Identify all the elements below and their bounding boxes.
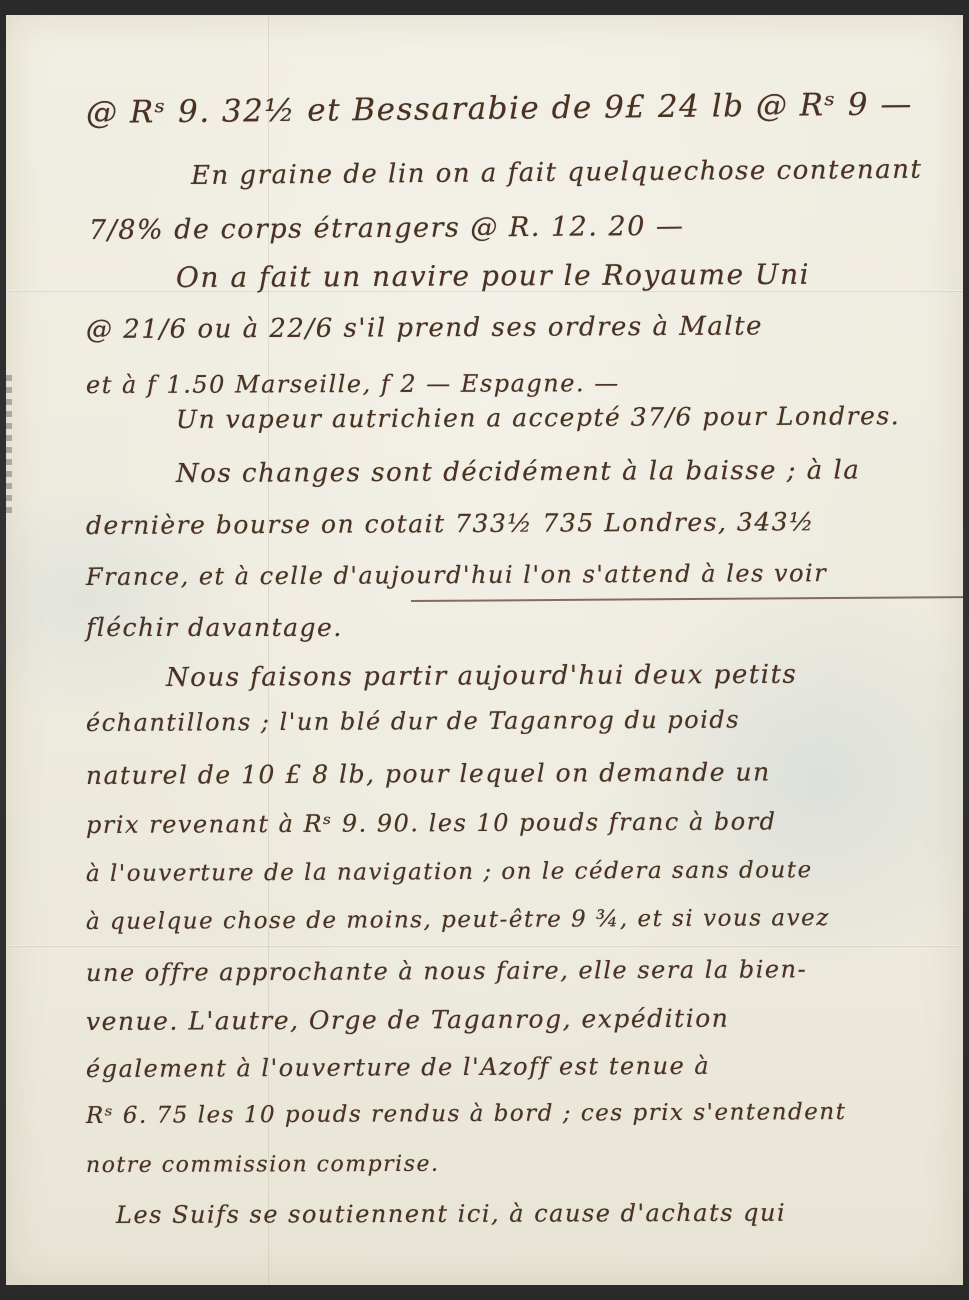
letter-line-17: à quelque chose de moins, peut-être 9 ¾,… <box>86 905 830 935</box>
fold-line <box>6 945 963 947</box>
underline-stroke <box>411 596 963 601</box>
scan-frame: @ Rˢ 9. 32½ et Bessarabie de 9£ 24 lb @ … <box>0 0 969 1300</box>
letter-line-12: Nous faisons partir aujourd'hui deux pet… <box>166 660 798 693</box>
letter-line-21: Rˢ 6. 75 les 10 pouds rendus à bord ; ce… <box>86 1099 847 1129</box>
letter-line-19: venue. L'autre, Orge de Taganrog, expédi… <box>86 1004 729 1036</box>
letter-line-8: Nos changes sont décidément à la baisse … <box>176 455 860 489</box>
letter-line-16: à l'ouverture de la navigation ; on le c… <box>86 857 813 887</box>
letter-line-5: @ 21/6 ou à 22/6 s'il prend ses ordres à… <box>86 311 763 345</box>
letter-line-23: Les Suifs se soutiennent ici, à cause d'… <box>116 1199 786 1229</box>
letter-line-13: échantillons ; l'un blé dur de Taganrog … <box>86 706 740 737</box>
fold-line <box>268 15 269 1285</box>
letter-line-22: notre commission comprise. <box>86 1152 440 1178</box>
letter-line-2: En graine de lin on a fait quelquechose … <box>191 155 923 191</box>
letter-line-7: Un vapeur autrichien a accepté 37/6 pour… <box>176 401 900 434</box>
letter-line-20: également à l'ouverture de l'Azoff est t… <box>86 1052 710 1083</box>
letter-page: @ Rˢ 9. 32½ et Bessarabie de 9£ 24 lb @ … <box>6 15 963 1285</box>
letter-line-3: 7/8% de corps étrangers @ R. 12. 20 — <box>89 211 685 246</box>
letter-line-18: une offre approchante à nous faire, elle… <box>86 955 807 987</box>
letter-line-6: et à f 1.50 Marseille, f 2 — Espagne. — <box>86 369 620 399</box>
letter-line-14: naturel de 10 £ 8 lb, pour lequel on dem… <box>86 757 771 790</box>
letter-line-15: prix revenant à Rˢ 9. 90. les 10 pouds f… <box>86 807 777 839</box>
letter-line-1: @ Rˢ 9. 32½ et Bessarabie de 9£ 24 lb @ … <box>86 86 913 131</box>
letter-line-11: fléchir davantage. <box>86 613 343 642</box>
letter-line-4: On a fait un navire pour le Royaume Uni <box>176 258 810 294</box>
letter-line-10: France, et à celle d'aujourd'hui l'on s'… <box>86 559 827 591</box>
stamp-edge-mark <box>6 375 12 515</box>
letter-line-9: dernière bourse on cotait 733½ 735 Londr… <box>86 507 815 540</box>
